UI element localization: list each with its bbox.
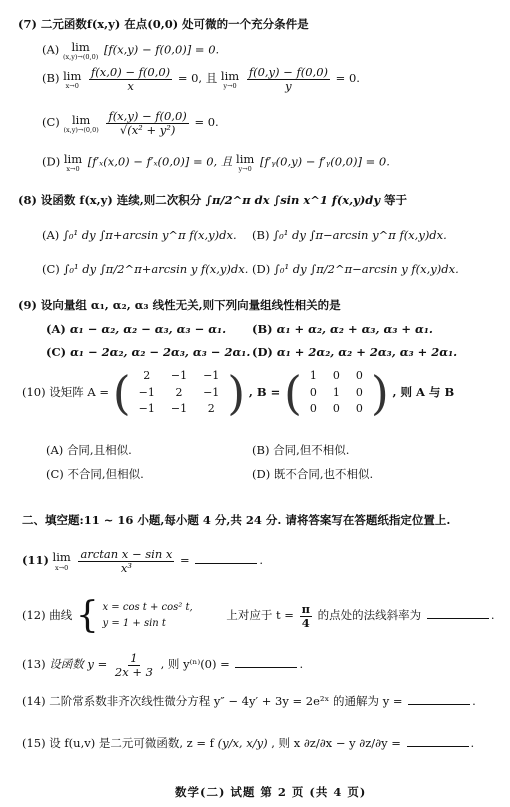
question-text: 的点处的法线斜率为	[318, 608, 422, 622]
option-expression: ∫₀¹ dy ∫π/2^π−arcsin y f(x,y)dx.	[274, 262, 459, 276]
q10-option-a: (A) 合同,且相似.	[46, 442, 132, 458]
limit: limx→0	[53, 551, 71, 571]
question-text: 设函数 f(x,y) 连续,则二次积分	[41, 193, 201, 207]
limit-subscript: x→0	[66, 83, 79, 90]
numerator: arctan x − sin x	[78, 548, 174, 562]
question-text: 二元函数f(x,y) 在点(0,0) 处可微的一个充分条件是	[41, 17, 309, 31]
option-expression: α₁ − α₂, α₂ − α₃, α₃ − α₁.	[70, 322, 226, 336]
q8-option-d: (D) ∫₀¹ dy ∫π/2^π−arcsin y f(x,y)dx.	[252, 262, 459, 276]
left-paren-icon: (	[113, 370, 131, 416]
option-label: (C)	[42, 115, 60, 129]
question-11: (11) limx→0 arctan x − sin xx³ = .	[22, 548, 263, 574]
connector-text: = 0.	[194, 115, 218, 129]
question-number: (14)	[22, 694, 46, 708]
question-text: , 则 y⁽ⁿ⁾(0) =	[161, 657, 230, 671]
equals-sign: =	[180, 553, 190, 567]
question-text: , 则 A 与 B	[393, 385, 455, 399]
option-label: (A)	[46, 322, 66, 336]
matrix-cell: 0	[302, 385, 325, 402]
question-number: (11)	[22, 553, 49, 567]
q9-option-b: (B) α₁ + α₂, α₂ + α₃, α₃ + α₁.	[252, 322, 433, 336]
question-text: 等于	[384, 193, 407, 207]
option-label: (C)	[46, 345, 66, 359]
question-7-stem: (7) 二元函数f(x,y) 在点(0,0) 处可微的一个充分条件是	[18, 18, 309, 31]
answer-blank[interactable]	[427, 608, 489, 619]
question-12: (12) 曲线 { x = cos t + cos² t, y = 1 + si…	[22, 598, 494, 634]
denominator: 2x + 3	[113, 666, 155, 679]
q8-option-b: (B) ∫₀¹ dy ∫π−arcsin y^π f(x,y)dx.	[252, 228, 447, 242]
limit-subscript: y→0	[239, 166, 252, 173]
option-text: 不合同,但相似.	[67, 467, 143, 481]
question-number: (12)	[22, 608, 46, 622]
question-text: 设矩阵 A =	[49, 385, 109, 399]
period: .	[259, 553, 263, 567]
matrix-a: ( 2−1−1 −12−1 −1−12 )	[113, 368, 246, 418]
denominator: x³	[119, 562, 134, 575]
q9-option-c: (C) α₁ − 2α₂, α₂ − 2α₃, α₃ − 2α₁.	[46, 345, 250, 359]
answer-blank[interactable]	[408, 694, 470, 705]
option-expression: [f(x,y) − f(0,0)] = 0.	[104, 42, 219, 56]
question-text: 二阶常系数非齐次线性微分方程 y″ − 4y′ + 3y = 2e²ˣ 的通解为…	[49, 694, 402, 708]
matrix-cell: −1	[163, 368, 195, 385]
question-15: (15) 设 f(u,v) 是二元可微函数, z = f (y/x, x/y) …	[22, 736, 474, 750]
matrix-cell: 0	[325, 368, 348, 385]
q8-option-a: (A) ∫₀¹ dy ∫π+arcsin y^π f(x,y)dx.	[42, 228, 237, 242]
q7-option-b: (B) limx→0 f(x,0) − f(0,0)x = 0, 且 limy→…	[42, 66, 360, 92]
matrix-cell: −1	[131, 401, 163, 418]
denominator: √(x² + y²)	[118, 124, 177, 137]
question-number: (8)	[18, 193, 37, 207]
option-label: (C)	[46, 467, 64, 481]
limit-subscript: x→0	[55, 565, 68, 572]
question-9-stem: (9) 设向量组 α₁, α₂, α₃ 线性无关,则下列向量组线性相关的是	[18, 299, 341, 312]
matrix-cell: 1	[302, 368, 325, 385]
denominator: y	[283, 80, 294, 93]
limit: lim(x,y)→(0,0)	[63, 40, 98, 61]
equation-y: y = 1 + sin t	[102, 616, 192, 632]
option-text: 合同,且相似.	[67, 443, 132, 457]
q10-option-b: (B) 合同,但不相似.	[252, 442, 349, 458]
function-arguments: (y/x, x/y)	[218, 736, 268, 750]
limit: limx→0	[64, 152, 82, 173]
option-expression: α₁ + α₂, α₂ + α₃, α₃ + α₁.	[277, 322, 433, 336]
matrix-b-grid: 100 010 000	[302, 368, 371, 418]
option-expression: α₁ + 2α₂, α₂ + 2α₃, α₃ + 2α₁.	[277, 345, 457, 359]
fraction: f(x,0) − f(0,0)x	[89, 66, 172, 92]
matrix-cell: 0	[348, 368, 371, 385]
fraction: π4	[300, 603, 312, 629]
q7-option-a: (A) lim(x,y)→(0,0) [f(x,y) − f(0,0)] = 0…	[42, 40, 219, 61]
matrix-cell: 1	[325, 385, 348, 402]
option-expression: [f′ₓ(x,0) − f′ₓ(0,0)] = 0, 且	[88, 154, 233, 168]
option-label: (B)	[42, 71, 59, 85]
integral-expression: ∫π/2^π dx ∫sin x^1 f(x,y)dy	[205, 193, 380, 207]
option-expression: ∫₀¹ dy ∫π+arcsin y^π f(x,y)dx.	[63, 228, 237, 242]
q10-option-d: (D) 既不合同,也不相似.	[252, 466, 373, 482]
left-brace-icon: {	[76, 595, 99, 636]
numerator: 1	[128, 652, 139, 666]
right-paren-icon: )	[227, 370, 245, 416]
answer-blank[interactable]	[235, 657, 297, 668]
equation-x: x = cos t + cos² t,	[102, 600, 192, 616]
fraction: f(x,y) − f(0,0)√(x² + y²)	[106, 110, 188, 136]
matrix-cell: −1	[195, 368, 227, 385]
option-label: (A)	[42, 42, 59, 56]
matrix-cell: 2	[195, 401, 227, 418]
matrix-cell: 0	[348, 385, 371, 402]
option-expression: α₁ − 2α₂, α₂ − 2α₃, α₃ − 2α₁.	[70, 345, 250, 359]
question-text: 设向量组 α₁, α₂, α₃ 线性无关,则下列向量组线性相关的是	[41, 298, 341, 312]
limit: limy→0	[221, 69, 239, 90]
period: .	[472, 694, 476, 708]
matrix-cell: −1	[195, 385, 227, 402]
option-label: (D)	[252, 345, 273, 359]
option-expression: ∫₀¹ dy ∫π−arcsin y^π f(x,y)dx.	[273, 228, 447, 242]
question-number: (10)	[22, 385, 46, 399]
question-number: (7)	[18, 17, 37, 31]
question-text: 曲线	[49, 608, 72, 622]
fraction: f(0,y) − f(0,0)y	[247, 66, 330, 92]
numerator: f(x,y) − f(0,0)	[106, 110, 188, 124]
connector-text: = 0.	[336, 71, 360, 85]
matrix-b: ( 100 010 000 )	[284, 368, 389, 418]
question-number: (9)	[18, 298, 37, 312]
option-expression: ∫₀¹ dy ∫π/2^π+arcsin y f(x,y)dx.	[63, 262, 248, 276]
limit: limx→0	[63, 69, 81, 90]
matrix-cell: −1	[163, 401, 195, 418]
question-text: , B =	[249, 385, 280, 399]
numerator: π	[300, 603, 312, 617]
q8-option-c: (C) ∫₀¹ dy ∫π/2^π+arcsin y f(x,y)dx.	[42, 262, 248, 276]
answer-blank[interactable]	[195, 553, 257, 564]
q9-option-d: (D) α₁ + 2α₂, α₂ + 2α₃, α₃ + 2α₁.	[252, 345, 457, 359]
option-label: (B)	[252, 322, 273, 336]
numerator: f(x,0) − f(0,0)	[89, 66, 172, 80]
question-10-stem: (10) 设矩阵 A = ( 2−1−1 −12−1 −1−12 ) , B =…	[22, 368, 454, 418]
fraction: 12x + 3	[113, 652, 155, 678]
limit-subscript: x→0	[66, 166, 79, 173]
question-13: (13) 设函数 y = 12x + 3 , 则 y⁽ⁿ⁾(0) = .	[22, 652, 303, 678]
question-14: (14) 二阶常系数非齐次线性微分方程 y″ − 4y′ + 3y = 2e²ˣ…	[22, 694, 476, 708]
option-text: 既不合同,也不相似.	[274, 467, 373, 481]
limit-subscript: (x,y)→(0,0)	[63, 127, 98, 134]
q10-option-c: (C) 不合同,但相似.	[46, 466, 144, 482]
option-expression: [f′ᵧ(0,y) − f′ᵧ(0,0)] = 0.	[260, 154, 390, 168]
fraction: arctan x − sin xx³	[78, 548, 174, 574]
limit: lim(x,y)→(0,0)	[63, 113, 98, 134]
question-number: (13)	[22, 657, 46, 671]
limit-subscript: (x,y)→(0,0)	[63, 54, 98, 61]
matrix-cell: 0	[302, 401, 325, 418]
option-label: (B)	[252, 443, 269, 457]
limit-subscript: y→0	[223, 83, 236, 90]
connector-text: = 0, 且	[178, 71, 217, 85]
period: .	[471, 736, 475, 750]
question-text: 设 f(u,v) 是二元可微函数, z = f	[49, 736, 214, 750]
page-footer: 数学(二) 试题 第 2 页 (共 4 页)	[175, 786, 366, 799]
left-paren-icon: (	[284, 370, 302, 416]
section-2-title: 二、填空题:11 ~ 16 小题,每小题 4 分,共 24 分. 请将答案写在答…	[22, 514, 450, 527]
option-label: (A)	[46, 443, 63, 457]
denominator: 4	[300, 617, 312, 630]
answer-blank[interactable]	[407, 736, 469, 747]
question-text: 上对应于 t =	[226, 608, 294, 622]
matrix-cell: −1	[131, 385, 163, 402]
option-label: (B)	[252, 228, 269, 242]
q7-option-c: (C) lim(x,y)→(0,0) f(x,y) − f(0,0)√(x² +…	[42, 110, 219, 136]
denominator: x	[125, 80, 136, 93]
parametric-system: x = cos t + cos² t, y = 1 + sin t	[102, 600, 192, 632]
question-text: , 则 x ∂z/∂x − y ∂z/∂y =	[271, 736, 401, 750]
period: .	[299, 657, 303, 671]
matrix-a-grid: 2−1−1 −12−1 −1−12	[131, 368, 228, 418]
matrix-cell: 0	[325, 401, 348, 418]
matrix-cell: 2	[163, 385, 195, 402]
option-label: (D)	[42, 154, 60, 168]
q9-option-a: (A) α₁ − α₂, α₂ − α₃, α₃ − α₁.	[46, 322, 226, 336]
limit: limy→0	[236, 152, 254, 173]
option-text: 合同,但不相似.	[273, 443, 349, 457]
option-label: (D)	[252, 262, 270, 276]
q7-option-d: (D) limx→0 [f′ₓ(x,0) − f′ₓ(0,0)] = 0, 且 …	[42, 152, 390, 173]
matrix-cell: 2	[131, 368, 163, 385]
question-8-stem: (8) 设函数 f(x,y) 连续,则二次积分 ∫π/2^π dx ∫sin x…	[18, 194, 407, 207]
option-label: (D)	[252, 467, 270, 481]
right-paren-icon: )	[371, 370, 389, 416]
period: .	[491, 608, 495, 622]
question-number: (15)	[22, 736, 46, 750]
option-label: (C)	[42, 262, 60, 276]
question-text: 设函数 y =	[49, 657, 107, 671]
option-label: (A)	[42, 228, 59, 242]
numerator: f(0,y) − f(0,0)	[247, 66, 330, 80]
matrix-cell: 0	[348, 401, 371, 418]
